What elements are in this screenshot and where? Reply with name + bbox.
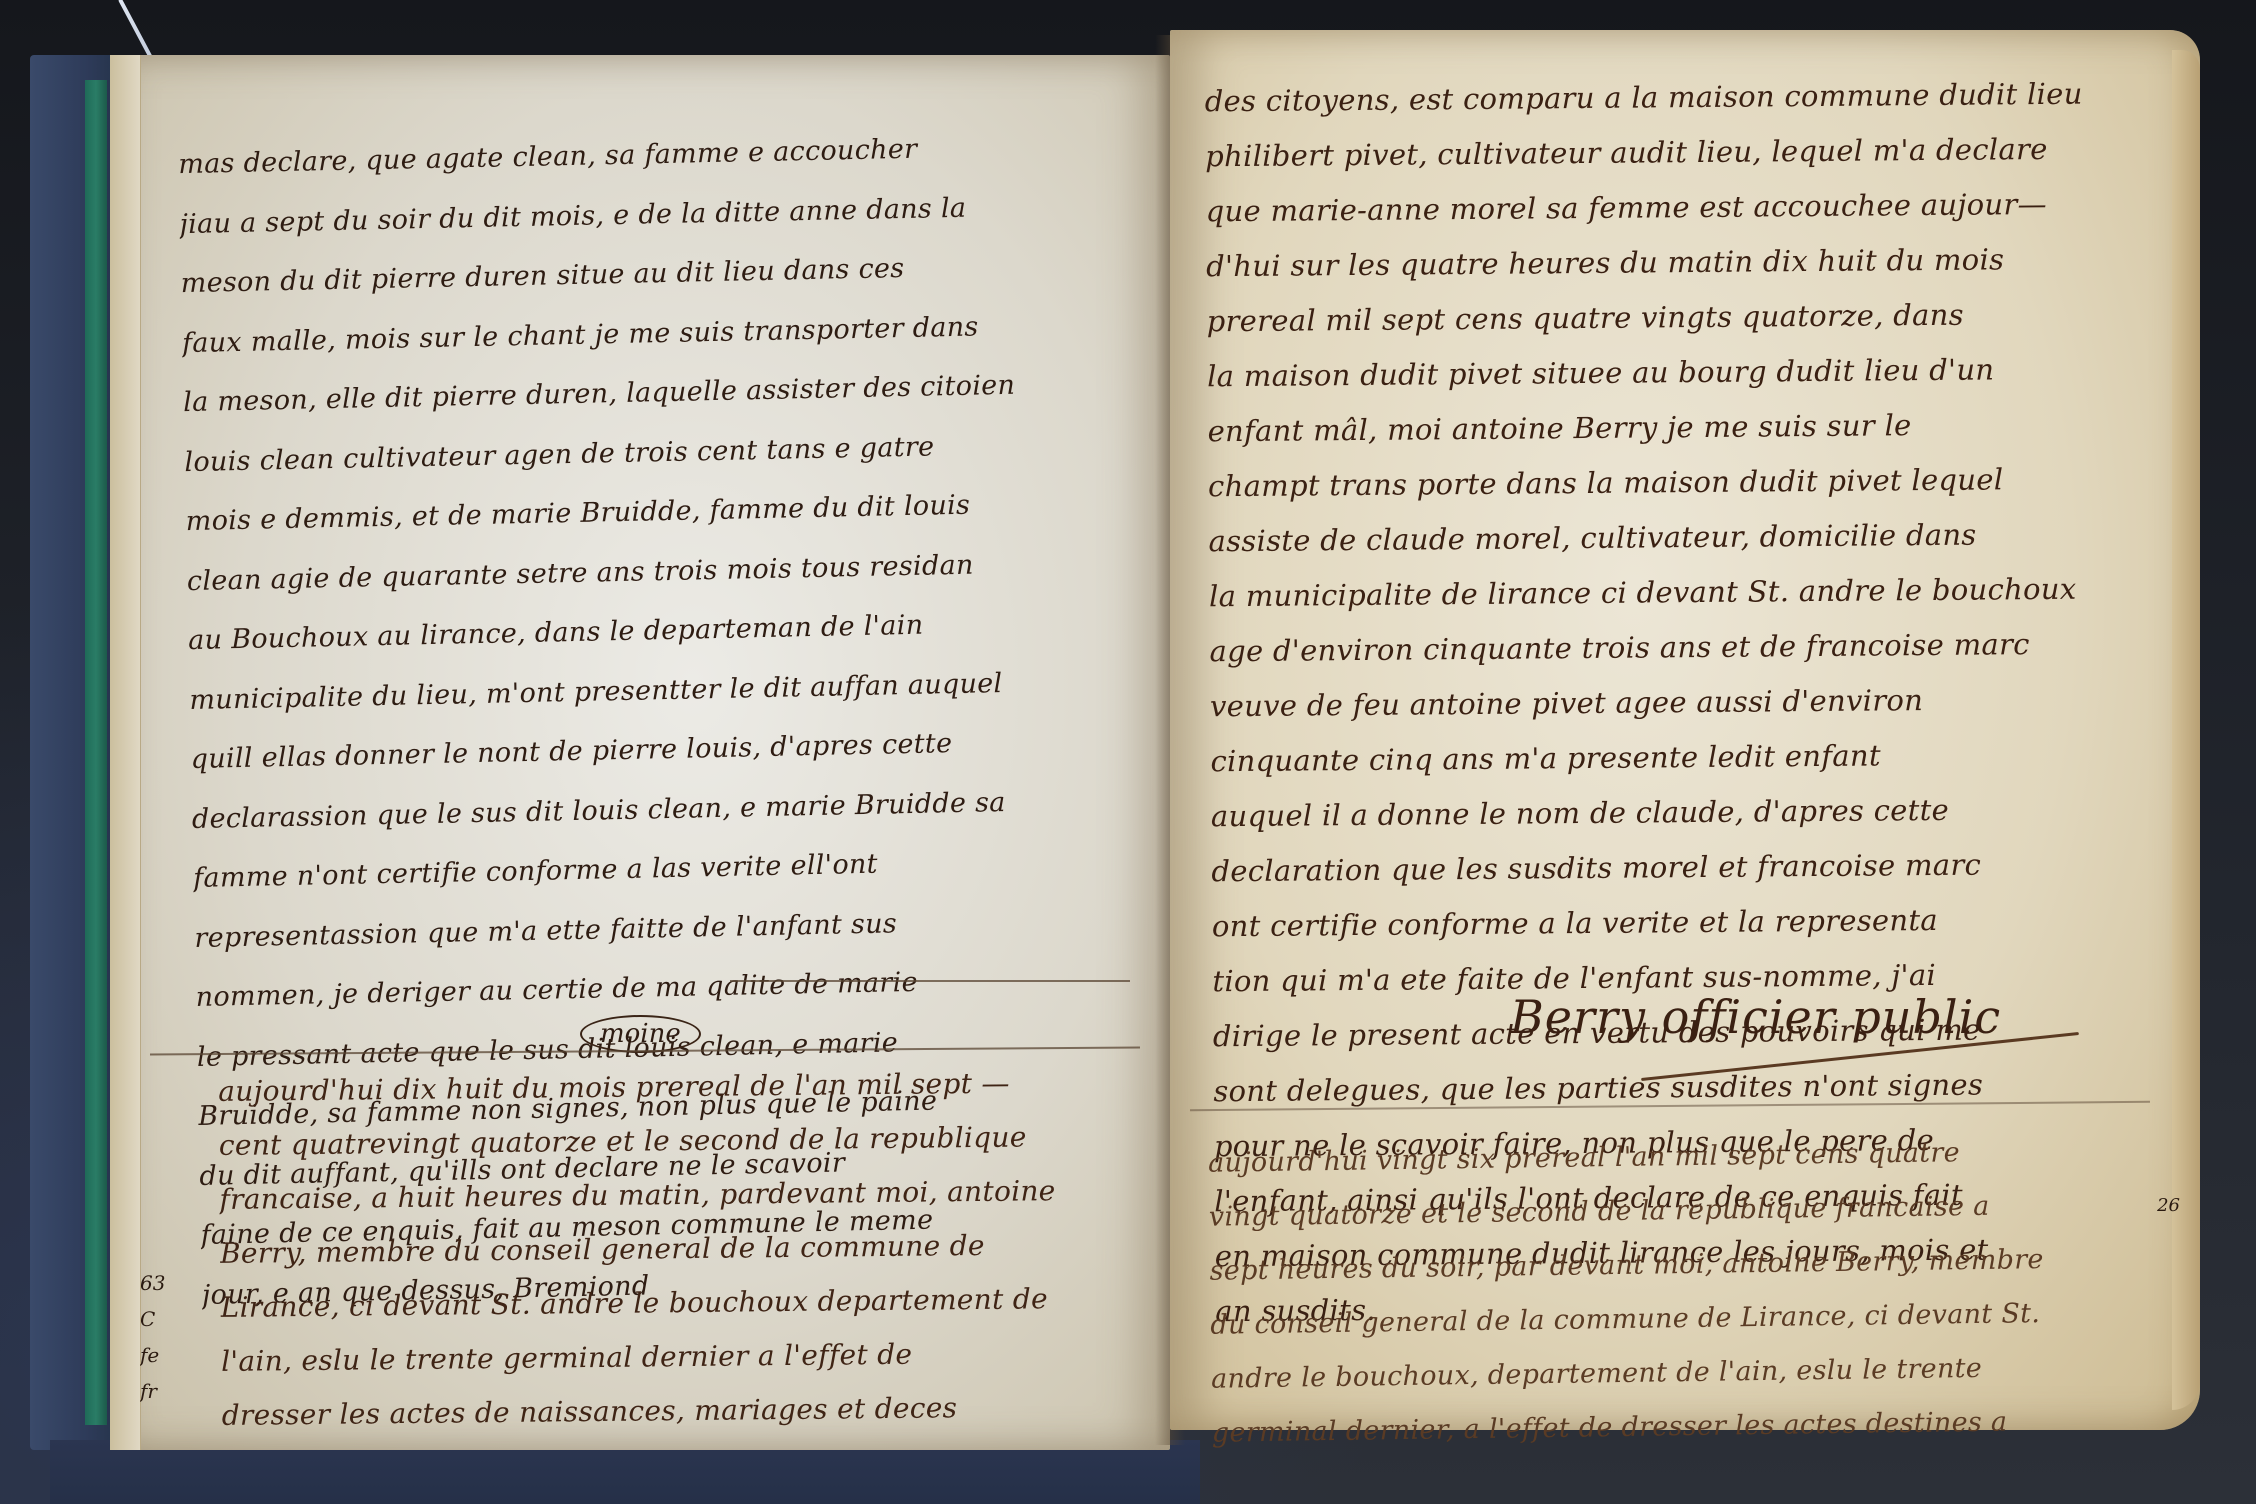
margin-text: 63 (140, 1265, 165, 1301)
text-line: cinquante cinq ans m'a presente ledit en… (1210, 726, 2190, 790)
margin-text: fe (140, 1337, 165, 1373)
text-line: ont certifie conforme a la verite et la … (1212, 891, 2192, 955)
text-line: assiste de claude morel, cultivateur, do… (1208, 506, 2188, 570)
text-line: age d'environ cinquante trois ans et de … (1209, 616, 2189, 680)
text-line: des citoyens, est comparu a la maison co… (1204, 66, 2184, 130)
text-line: enfant mâl, moi antoine Berry je me suis… (1207, 396, 2187, 460)
left-entry-new: aujourd'hui dix huit du mois prereal de … (218, 1055, 1162, 1443)
text-line: philibert pivet, cultivateur audit lieu,… (1205, 121, 2185, 185)
text-line: auquel il a donne le nom de claude, d'ap… (1211, 781, 2191, 845)
text-line: Lirance, ci devant St. andre le bouchoux… (220, 1271, 1161, 1335)
text-line: dresser les actes de naissances, mariage… (221, 1379, 1162, 1443)
right-page: des citoyens, est comparu a la maison co… (1170, 30, 2200, 1430)
right-entry-new: aujourd'hui vingt six prereal l'an mil s… (1208, 1123, 2172, 1460)
margin-text: fr (140, 1373, 165, 1409)
text-line: veuve de feu antoine pivet agee aussi d'… (1210, 671, 2190, 735)
closing-rule (730, 980, 1130, 982)
text-line: declaration que les susdits morel et fra… (1211, 836, 2191, 900)
text-line: cent quatrevingt quatorze et le second d… (219, 1109, 1160, 1173)
text-line: francaise, a huit heures du matin, parde… (219, 1163, 1160, 1227)
text-line: la maison dudit pivet situee au bourg du… (1207, 341, 2187, 405)
margin-text: C (140, 1301, 165, 1337)
right-margin-note: 26 (2157, 1195, 2180, 1216)
signature-moine: moine (580, 1015, 701, 1053)
text-line: sont delegues, que les parties susdites … (1213, 1056, 2193, 1120)
book-binding-strip (85, 80, 107, 1425)
text-line: l'ain, eslu le trente germinal dernier a… (221, 1325, 1162, 1389)
text-line: prereal mil sept cens quatre vingts quat… (1206, 286, 2186, 350)
text-line: Berry, membre du conseil general de la c… (220, 1217, 1161, 1281)
text-line: d'hui sur les quatre heures du matin dix… (1206, 231, 2186, 295)
signature-berry: Berry officier public (1510, 990, 2001, 1044)
left-margin-note: 63 C fe fr (140, 1265, 165, 1409)
text-line: la municipalite de lirance ci devant St.… (1209, 561, 2189, 625)
page-edge (110, 55, 141, 1450)
text-line: champt trans porte dans la maison dudit … (1208, 451, 2188, 515)
left-page: mas declare, que agate clean, sa famme e… (110, 55, 1170, 1450)
text-line: aujourd'hui dix huit du mois prereal de … (218, 1055, 1159, 1119)
text-line: que marie-anne morel sa femme est accouc… (1205, 176, 2185, 240)
book-photograph: mas declare, que agate clean, sa famme e… (0, 0, 2256, 1504)
